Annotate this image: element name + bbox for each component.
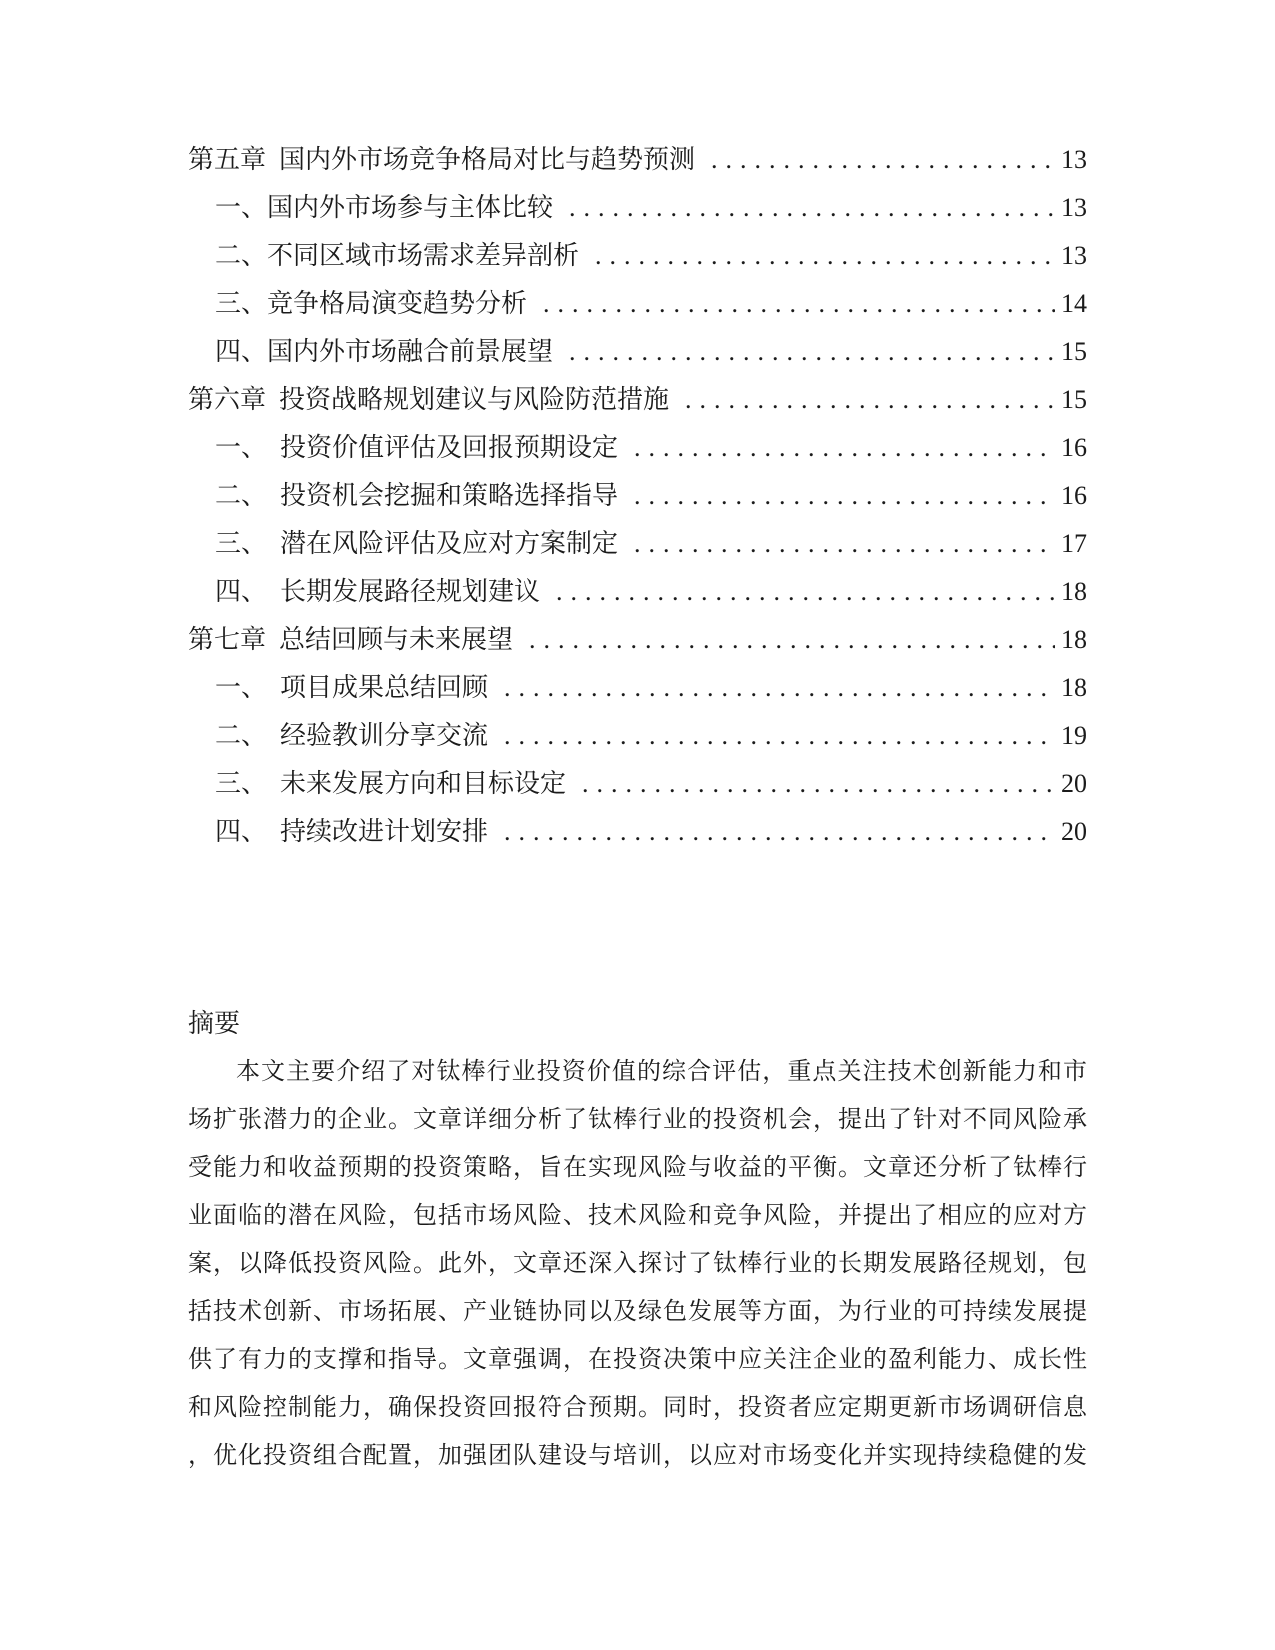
toc-page-number: 15 bbox=[1061, 376, 1087, 424]
section-gap bbox=[188, 856, 1087, 1000]
dot-leader bbox=[569, 328, 1055, 376]
toc-entry-label: 三、 未来发展方向和目标设定 bbox=[215, 760, 566, 808]
toc-entry-label: 一、国内外市场参与主体比较 bbox=[215, 184, 553, 232]
dot-leader bbox=[504, 808, 1055, 856]
toc-page-number: 16 bbox=[1061, 472, 1087, 520]
dot-leader bbox=[634, 424, 1055, 472]
abstract-section: 摘要 本文主要介绍了对钛棒行业投资价值的综合评估，重点关注技术创新能力和市 场扩… bbox=[188, 1000, 1087, 1480]
dot-leader bbox=[504, 712, 1055, 760]
abstract-line: 供了有力的支撑和指导。文章强调，在投资决策中应关注企业的盈利能力、成长性 bbox=[188, 1336, 1087, 1384]
toc-entry-label: 第六章 投资战略规划建议与风险防范措施 bbox=[188, 376, 669, 424]
toc-page-number: 19 bbox=[1061, 712, 1087, 760]
abstract-line: ，优化投资组合配置，加强团队建设与培训，以应对市场变化并实现持续稳健的发 bbox=[188, 1432, 1087, 1480]
toc-entry: 一、 项目成果总结回顾 18 bbox=[188, 664, 1087, 712]
toc-entry: 第六章 投资战略规划建议与风险防范措施 15 bbox=[188, 376, 1087, 424]
toc-page-number: 17 bbox=[1061, 520, 1087, 568]
toc-page-number: 16 bbox=[1061, 424, 1087, 472]
toc-entry: 四、 长期发展路径规划建议 18 bbox=[188, 568, 1087, 616]
dot-leader bbox=[543, 280, 1055, 328]
toc-entry-label: 一、 投资价值评估及回报预期设定 bbox=[215, 424, 618, 472]
toc-entry: 二、 经验教训分享交流 19 bbox=[188, 712, 1087, 760]
dot-leader bbox=[569, 184, 1055, 232]
toc-page-number: 14 bbox=[1061, 280, 1087, 328]
toc-entry: 二、 投资机会挖掘和策略选择指导 16 bbox=[188, 472, 1087, 520]
toc-entry: 三、竞争格局演变趋势分析 14 bbox=[188, 280, 1087, 328]
dot-leader bbox=[556, 568, 1055, 616]
dot-leader bbox=[634, 472, 1055, 520]
dot-leader bbox=[529, 616, 1055, 664]
abstract-line: 和风险控制能力，确保投资回报符合预期。同时，投资者应定期更新市场调研信息 bbox=[188, 1384, 1087, 1432]
dot-leader bbox=[711, 136, 1055, 184]
toc-entry-label: 四、 持续改进计划安排 bbox=[215, 808, 488, 856]
abstract-heading: 摘要 bbox=[188, 1000, 1087, 1048]
toc-entry: 三、 潜在风险评估及应对方案制定 17 bbox=[188, 520, 1087, 568]
toc-entry-label: 第五章 国内外市场竞争格局对比与趋势预测 bbox=[188, 136, 695, 184]
toc-entry-label: 第七章 总结回顾与未来展望 bbox=[188, 616, 513, 664]
toc-page-number: 13 bbox=[1061, 232, 1087, 280]
toc-page-number: 13 bbox=[1061, 184, 1087, 232]
toc-entry: 第七章 总结回顾与未来展望 18 bbox=[188, 616, 1087, 664]
toc-page-number: 20 bbox=[1061, 808, 1087, 856]
dot-leader bbox=[685, 376, 1055, 424]
toc-entry: 第五章 国内外市场竞争格局对比与趋势预测 13 bbox=[188, 136, 1087, 184]
toc-entry-label: 二、不同区域市场需求差异剖析 bbox=[215, 232, 579, 280]
toc-entry: 四、 持续改进计划安排 20 bbox=[188, 808, 1087, 856]
toc-entry: 一、 投资价值评估及回报预期设定 16 bbox=[188, 424, 1087, 472]
toc-entry: 二、不同区域市场需求差异剖析 13 bbox=[188, 232, 1087, 280]
dot-leader bbox=[634, 520, 1055, 568]
table-of-contents: 第五章 国内外市场竞争格局对比与趋势预测 13 一、国内外市场参与主体比较 13… bbox=[188, 136, 1087, 856]
toc-entry-label: 二、 经验教训分享交流 bbox=[215, 712, 488, 760]
dot-leader bbox=[582, 760, 1055, 808]
toc-entry-label: 一、 项目成果总结回顾 bbox=[215, 664, 488, 712]
abstract-line: 案，以降低投资风险。此外，文章还深入探讨了钛棒行业的长期发展路径规划，包 bbox=[188, 1240, 1087, 1288]
dot-leader bbox=[504, 664, 1055, 712]
toc-entry-label: 三、 潜在风险评估及应对方案制定 bbox=[215, 520, 618, 568]
toc-entry-label: 三、竞争格局演变趋势分析 bbox=[215, 280, 527, 328]
toc-entry: 四、国内外市场融合前景展望 15 bbox=[188, 328, 1087, 376]
toc-page-number: 18 bbox=[1061, 568, 1087, 616]
document-page: 第五章 国内外市场竞争格局对比与趋势预测 13 一、国内外市场参与主体比较 13… bbox=[0, 0, 1275, 1650]
toc-page-number: 18 bbox=[1061, 664, 1087, 712]
toc-page-number: 18 bbox=[1061, 616, 1087, 664]
page-content: 第五章 国内外市场竞争格局对比与趋势预测 13 一、国内外市场参与主体比较 13… bbox=[188, 136, 1087, 1480]
toc-entry: 三、 未来发展方向和目标设定 20 bbox=[188, 760, 1087, 808]
abstract-line: 括技术创新、市场拓展、产业链协同以及绿色发展等方面，为行业的可持续发展提 bbox=[188, 1288, 1087, 1336]
abstract-line: 场扩张潜力的企业。文章详细分析了钛棒行业的投资机会，提出了针对不同风险承 bbox=[188, 1096, 1087, 1144]
toc-page-number: 15 bbox=[1061, 328, 1087, 376]
toc-entry-label: 四、 长期发展路径规划建议 bbox=[215, 568, 540, 616]
abstract-line: 业面临的潜在风险，包括市场风险、技术风险和竞争风险，并提出了相应的应对方 bbox=[188, 1192, 1087, 1240]
toc-page-number: 13 bbox=[1061, 136, 1087, 184]
toc-page-number: 20 bbox=[1061, 760, 1087, 808]
abstract-line: 本文主要介绍了对钛棒行业投资价值的综合评估，重点关注技术创新能力和市 bbox=[188, 1048, 1087, 1096]
toc-entry-label: 四、国内外市场融合前景展望 bbox=[215, 328, 553, 376]
toc-entry-label: 二、 投资机会挖掘和策略选择指导 bbox=[215, 472, 618, 520]
abstract-line: 受能力和收益预期的投资策略，旨在实现风险与收益的平衡。文章还分析了钛棒行 bbox=[188, 1144, 1087, 1192]
dot-leader bbox=[595, 232, 1055, 280]
toc-entry: 一、国内外市场参与主体比较 13 bbox=[188, 184, 1087, 232]
